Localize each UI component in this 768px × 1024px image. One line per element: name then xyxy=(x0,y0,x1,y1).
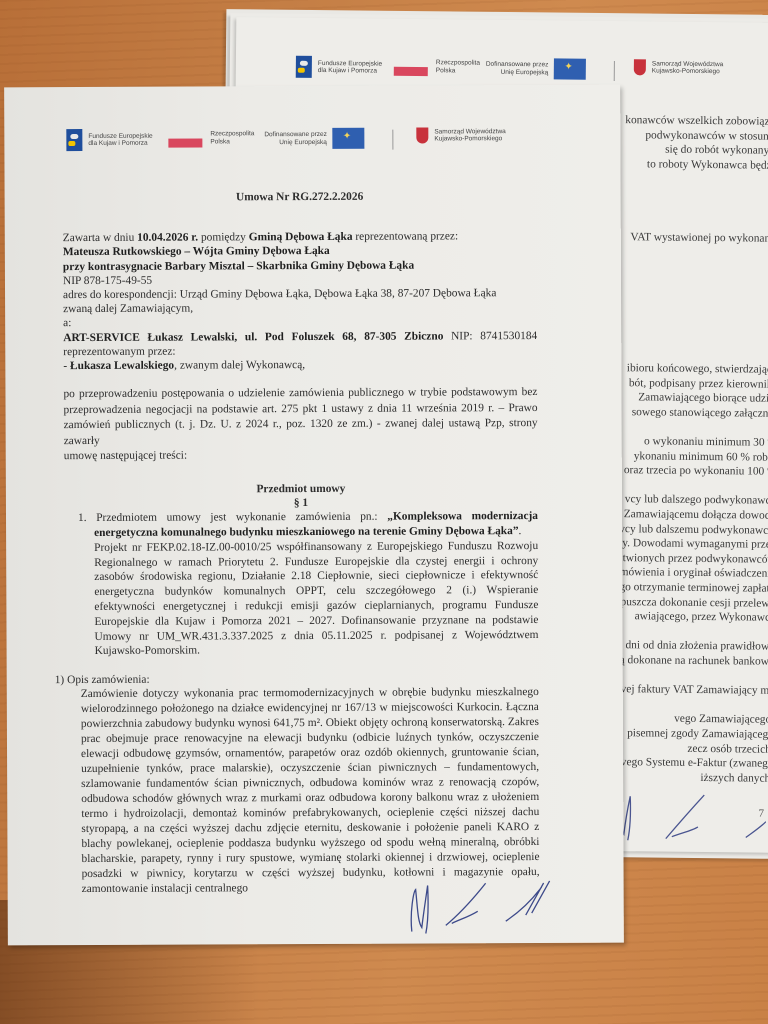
logo-text: dla Kujaw i Pomorza xyxy=(88,140,147,147)
intro-text: pomiędzy xyxy=(198,231,249,243)
clause-1: 1. Przedmiotem umowy jest wykonanie zamó… xyxy=(64,509,538,541)
contractor-line: ART-SERVICE Łukasz Lewalski, ul. Pod Fol… xyxy=(63,329,537,345)
fe-logo: Fundusze Europejskiedla Kujaw i Pomorza xyxy=(296,56,383,79)
logo-text: Dofinansowane przez xyxy=(264,131,327,138)
eu-logo: Dofinansowane przezUnię Europejską xyxy=(264,128,364,149)
logo-text: Rzeczpospolita xyxy=(436,59,480,66)
kp-coat-of-arms-icon xyxy=(416,127,428,143)
rp-flag-icon xyxy=(168,138,202,147)
order-description: Zamówienie dotyczy wykonania prac termom… xyxy=(65,685,540,897)
logo-text: Polska xyxy=(210,138,230,145)
kp-logo: Samorząd WojewództwaKujawsko-Pomorskiego xyxy=(416,127,505,143)
logo-text: Polska xyxy=(436,67,456,74)
logo-text: dla Kujaw i Pomorza xyxy=(318,67,377,75)
eu-flag-icon xyxy=(553,58,585,79)
contractor-nip: NIP: 8741530184 xyxy=(443,330,537,342)
logo-text: Fundusze Europejskie xyxy=(88,132,152,139)
clause-label: Opis zamówienia: xyxy=(67,674,150,686)
logo-divider xyxy=(614,61,615,81)
contract-document: Umowa Nr RG.272.2.2026 Zawarta w dniu 10… xyxy=(63,187,540,897)
project-funding: Projekt nr FEKP.02.18-IZ.00-0010/25 wspó… xyxy=(64,539,539,659)
eu-logo: Dofinansowane przezUnię Europejską xyxy=(486,58,586,80)
clause-number: 1. xyxy=(78,512,87,524)
signature-icon xyxy=(406,875,586,936)
eu-flag-icon xyxy=(332,128,364,149)
intro-text: reprezentowaną przez: xyxy=(352,231,458,243)
clause-text: . xyxy=(518,525,521,537)
rp-flag-icon xyxy=(394,67,428,76)
correspondence-address: adres do korespondencji: Urząd Gminy Dęb… xyxy=(63,286,537,302)
logo-text: Rzeczpospolita xyxy=(210,130,254,137)
intro-text: Zawarta w dniu xyxy=(63,232,137,244)
kp-coat-of-arms-icon xyxy=(634,59,646,75)
logo-text: Dofinansowane przez xyxy=(486,61,549,69)
preamble-line: po przeprowadzeniu postępowania o udziel… xyxy=(63,385,537,403)
signature-icon xyxy=(606,786,767,848)
fe-logo-icon xyxy=(66,129,82,151)
logo-bar: Fundusze Europejskiedla Kujaw i Pomorza … xyxy=(66,123,536,165)
contract-date: 10.04.2026 r. xyxy=(137,232,198,244)
rp-logo: RzeczpospolitaPolska xyxy=(394,57,480,77)
clause-number: 1) xyxy=(55,674,65,686)
ordering-party: Gminą Dębowa Łąka xyxy=(249,231,353,243)
logo-text: Kujawsko-Pomorskiego xyxy=(434,135,502,142)
kp-logo: Samorząd WojewództwaKujawsko-Pomorskiego xyxy=(634,59,724,76)
preamble: po przeprowadzeniu postępowania o udziel… xyxy=(63,385,537,465)
logo-text: Unię Europejską xyxy=(501,68,549,75)
logo-text: Fundusze Europejskie xyxy=(318,59,382,67)
front-page: Fundusze Europejskiedla Kujaw i Pomorza … xyxy=(4,85,624,946)
rp-logo: RzeczpospolitaPolska xyxy=(168,128,254,147)
logo-text: Kujawsko-Pomorskiego xyxy=(652,67,720,75)
fe-logo-icon xyxy=(296,56,312,78)
logo-divider xyxy=(392,130,393,150)
contractor-rep-name: Łukasza Lewalskiego xyxy=(70,360,174,372)
logo-text: Unię Europejską xyxy=(279,138,327,145)
intro-text: , zwanym dalej Wykonawcą, xyxy=(174,359,305,372)
logo-text: Samorząd Województwa xyxy=(652,60,723,68)
clause-text: Przedmiotem umowy jest wykonanie zamówie… xyxy=(96,511,387,524)
logo-text: Samorząd Województwa xyxy=(434,128,505,135)
contractor-name: ART-SERVICE Łukasz Lewalski, ul. Pod Fol… xyxy=(63,330,443,344)
fe-logo: Fundusze Europejskiedla Kujaw i Pomorza xyxy=(66,129,152,151)
preamble-line: zamówień publicznych (t. j. Dz. U. z 202… xyxy=(64,416,538,449)
